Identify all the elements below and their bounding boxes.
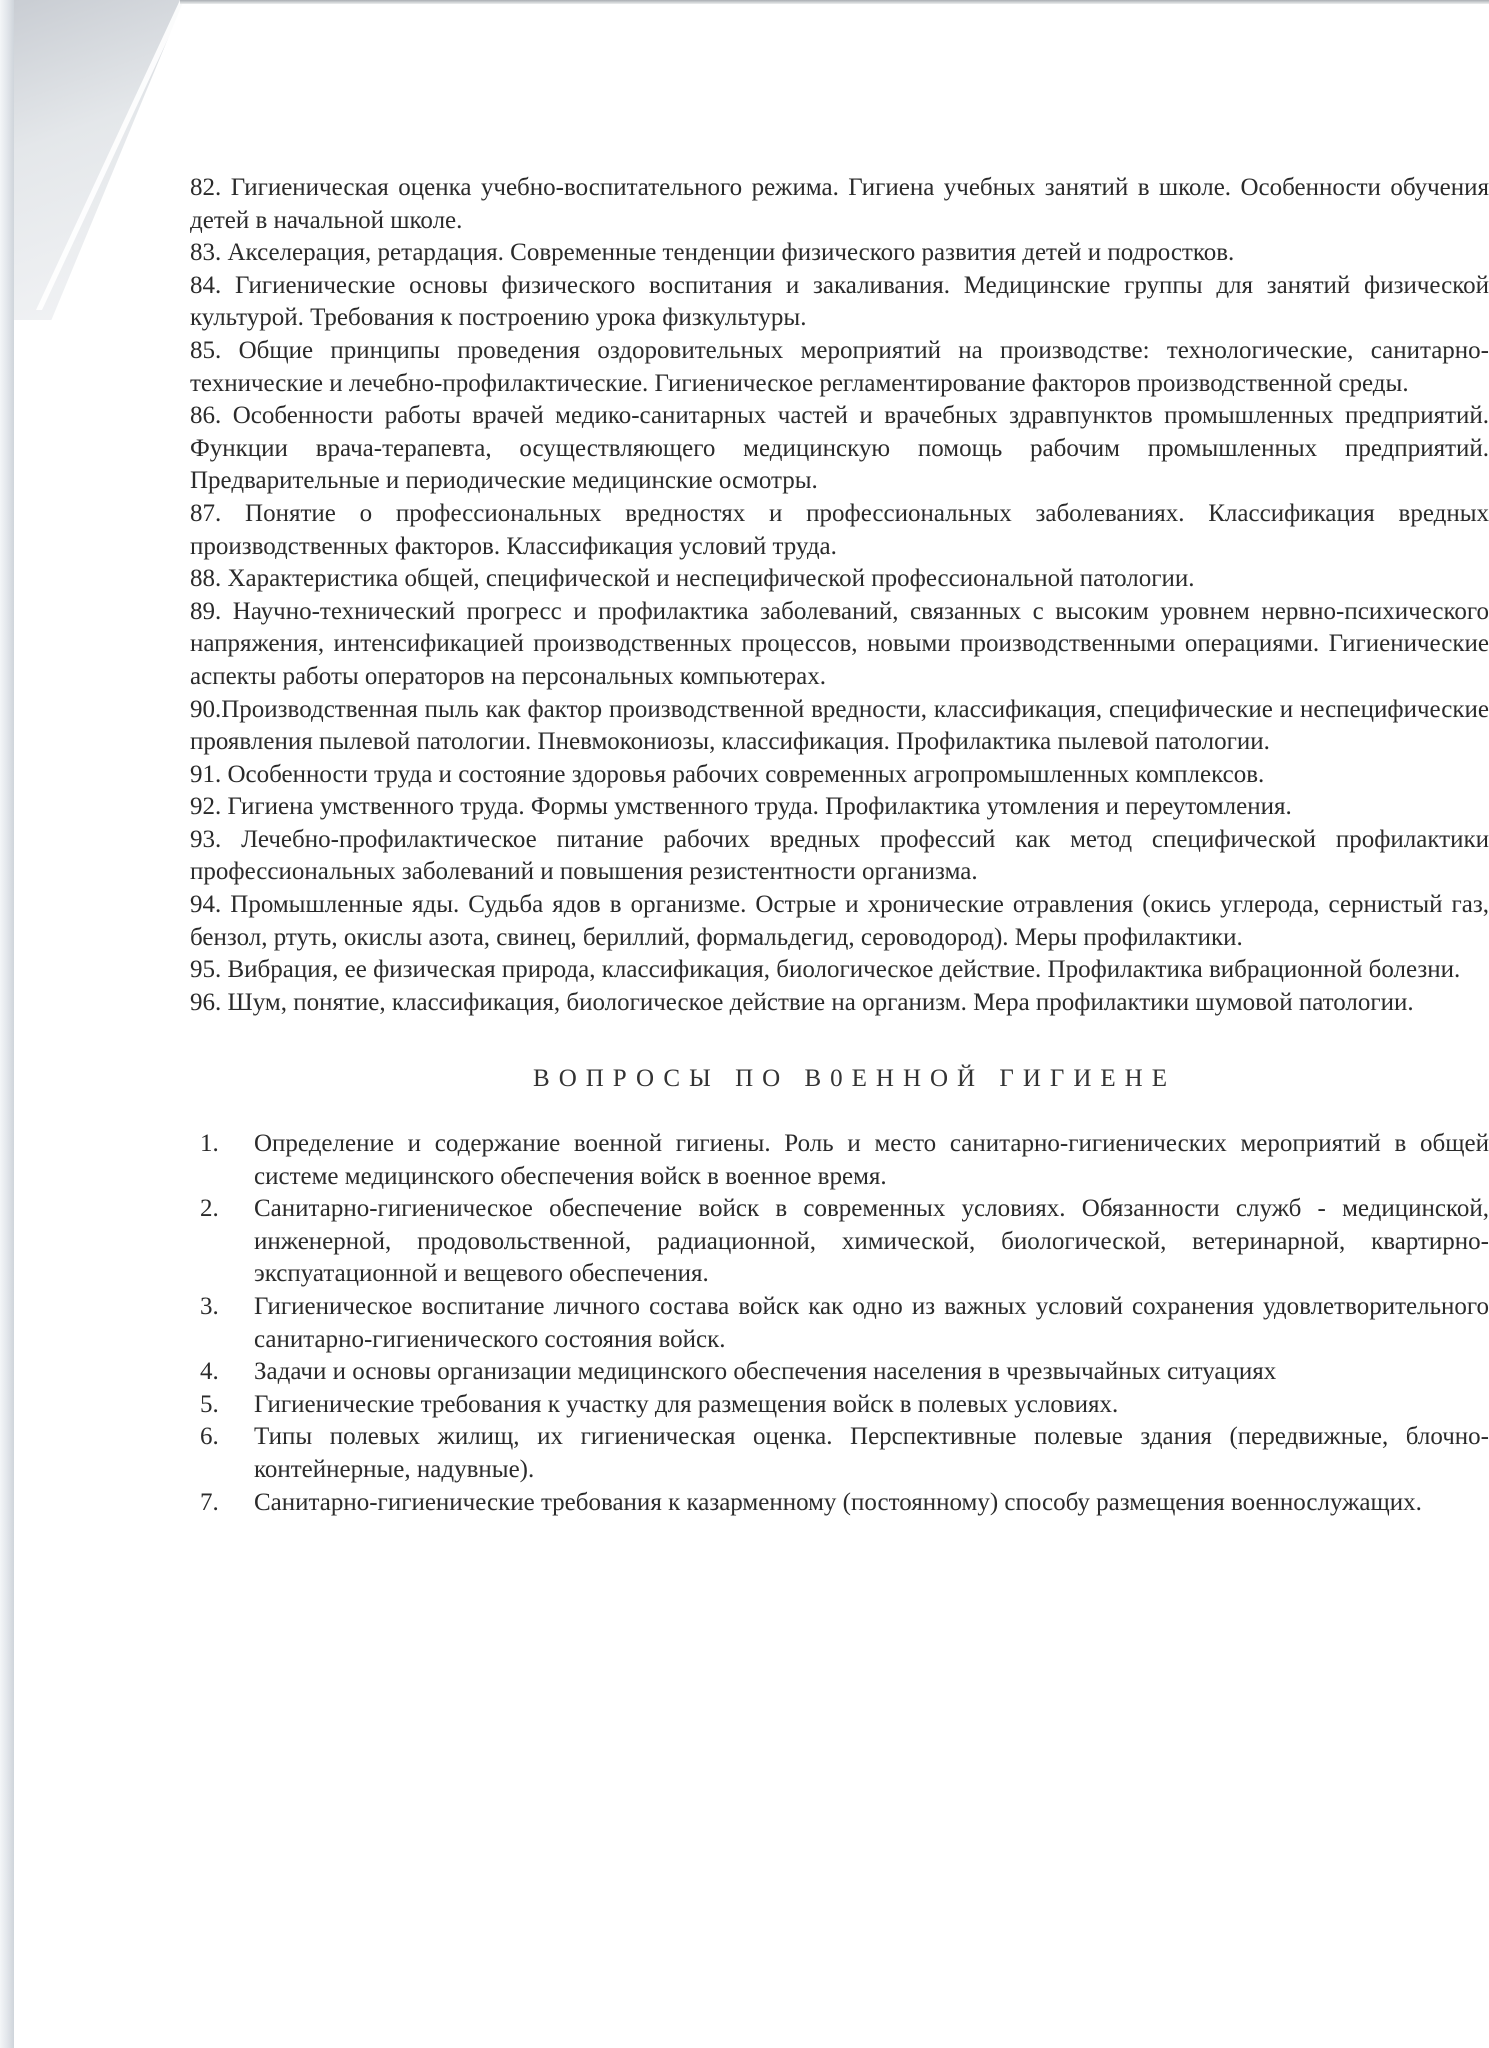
question-number: 2.: [200, 1193, 219, 1226]
question-text: Акселерация, ретардация. Современные тен…: [228, 239, 1235, 266]
question-number: 5.: [200, 1389, 219, 1422]
military-question-5: 5.Гигиенические требования к участку для…: [190, 1389, 1489, 1422]
question-text: Особенности работы врачей медико-санитар…: [190, 402, 1489, 494]
military-question-2: 2.Санитарно-гигиеническое обеспечение во…: [190, 1193, 1489, 1291]
question-text: Гигиена умственного труда. Формы умствен…: [228, 793, 1292, 820]
military-question-1: 1.Определение и содержание военной гигие…: [190, 1128, 1489, 1193]
question-text: Гигиеническая оценка учебно-воспитательн…: [190, 174, 1489, 234]
question-text: Гигиеническое воспитание личного состава…: [254, 1293, 1489, 1353]
question-84: 84. Гигиенические основы физического вос…: [190, 270, 1489, 335]
question-number: 84.: [190, 272, 221, 299]
military-question-6: 6.Типы полевых жилищ, их гигиеническая о…: [190, 1421, 1489, 1486]
question-number: 87.: [190, 500, 221, 527]
question-number: 95.: [190, 956, 221, 983]
question-96: 96. Шум, понятие, классификация, биологи…: [190, 987, 1489, 1020]
question-text: Определение и содержание военной гигиены…: [254, 1130, 1489, 1190]
question-text: Вибрация, ее физическая природа, классиф…: [228, 956, 1461, 983]
question-text: Особенности труда и состояние здоровья р…: [228, 761, 1265, 788]
question-number: 86.: [190, 402, 221, 429]
military-hygiene-section-title: ВОПРОСЫ ПО В0ЕННОЙ ГИГИЕНЕ: [190, 1063, 1489, 1096]
question-text: Гигиенические требования к участку для р…: [254, 1391, 1118, 1418]
question-number: 88.: [190, 565, 221, 592]
question-number: 94.: [190, 891, 221, 918]
question-87: 87. Понятие о профессиональных вредностя…: [190, 498, 1489, 563]
question-text: Задачи и основы организации медицинского…: [254, 1358, 1276, 1385]
question-text: Характеристика общей, специфической и не…: [228, 565, 1195, 592]
question-number: 4.: [200, 1356, 219, 1389]
question-93: 93. Лечебно-профилактическое питание раб…: [190, 824, 1489, 889]
question-text: Шум, понятие, классификация, биологическ…: [228, 989, 1414, 1016]
question-number: 90.: [190, 696, 221, 723]
question-text: Типы полевых жилищ, их гигиеническая оце…: [254, 1423, 1489, 1483]
military-question-7: 7.Санитарно-гигиенические требования к к…: [190, 1487, 1489, 1520]
question-text: Научно-технический прогресс и профилакти…: [190, 598, 1489, 690]
question-number: 92.: [190, 793, 221, 820]
military-question-4: 4.Задачи и основы организации медицинско…: [190, 1356, 1489, 1389]
question-number: 89.: [190, 598, 221, 625]
question-94: 94. Промышленные яды. Судьба ядов в орга…: [190, 889, 1489, 954]
question-number: 96.: [190, 989, 221, 1016]
question-86: 86. Особенности работы врачей медико-сан…: [190, 400, 1489, 498]
question-88: 88. Характеристика общей, специфической …: [190, 563, 1489, 596]
hygiene-questions-list: 82. Гигиеническая оценка учебно-воспитат…: [190, 172, 1489, 1019]
question-number: 93.: [190, 826, 221, 853]
question-83: 83. Акселерация, ретардация. Современные…: [190, 237, 1489, 270]
military-question-3: 3.Гигиеническое воспитание личного соста…: [190, 1291, 1489, 1356]
question-text: Понятие о профессиональных вредностях и …: [190, 500, 1489, 560]
question-text: Санитарно-гигиеническое обеспечение войс…: [254, 1195, 1489, 1287]
page-top-edge: [180, 0, 1489, 4]
document-page: 82. Гигиеническая оценка учебно-воспитат…: [190, 172, 1489, 1519]
question-text: Общие принципы проведения оздоровительны…: [190, 337, 1489, 397]
question-number: 91.: [190, 761, 221, 788]
question-text: Промышленные яды. Судьба ядов в организм…: [190, 891, 1489, 951]
question-number: 6.: [200, 1421, 219, 1454]
question-text: Производственная пыль как фактор произво…: [190, 696, 1489, 756]
question-85: 85. Общие принципы проведения оздоровите…: [190, 335, 1489, 400]
question-number: 7.: [200, 1487, 219, 1520]
question-text: Гигиенические основы физического воспита…: [190, 272, 1489, 332]
question-number: 82.: [190, 174, 221, 201]
question-95: 95. Вибрация, ее физическая природа, кла…: [190, 954, 1489, 987]
question-number: 83.: [190, 239, 221, 266]
question-90: 90.Производственная пыль как фактор прои…: [190, 694, 1489, 759]
military-hygiene-questions-list: 1.Определение и содержание военной гигие…: [190, 1128, 1489, 1519]
question-91: 91. Особенности труда и состояние здоров…: [190, 759, 1489, 792]
scanner-background: [0, 0, 14, 2048]
question-number: 3.: [200, 1291, 219, 1324]
question-92: 92. Гигиена умственного труда. Формы умс…: [190, 791, 1489, 824]
question-number: 85.: [190, 337, 221, 364]
question-82: 82. Гигиеническая оценка учебно-воспитат…: [190, 172, 1489, 237]
question-89: 89. Научно-технический прогресс и профил…: [190, 596, 1489, 694]
question-text: Санитарно-гигиенические требования к каз…: [254, 1489, 1422, 1516]
question-number: 1.: [200, 1128, 219, 1161]
question-text: Лечебно-профилактическое питание рабочих…: [190, 826, 1489, 886]
